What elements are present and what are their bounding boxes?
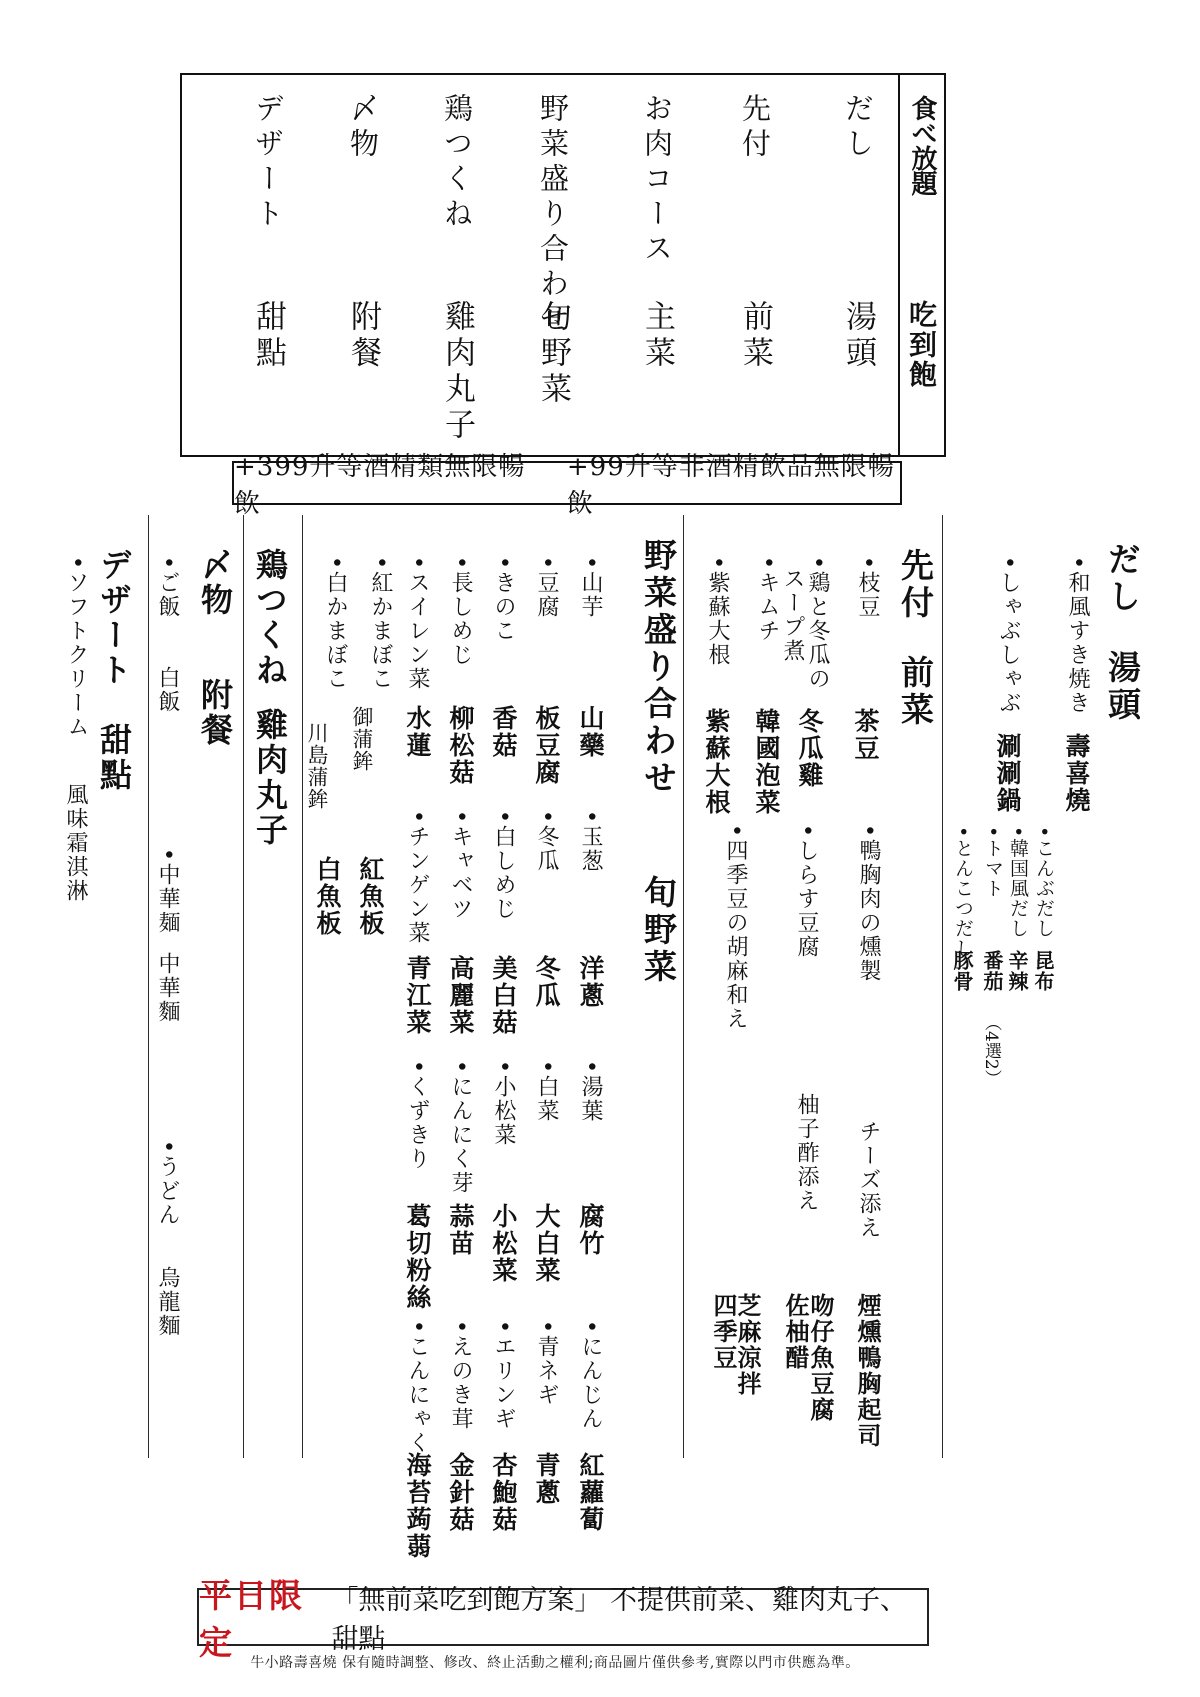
soup-option-zh: 豚骨 (952, 950, 972, 992)
soup-option-zh: 番茄 (982, 950, 1002, 992)
shime-item-zh: 中華麵 (156, 952, 178, 1024)
yasai-item-jp: •白しめじ (492, 810, 514, 921)
yasai-item-jp: •にんにく芽 (449, 1060, 471, 1195)
sakizuke-item-jp: •紫蘇大根 (706, 556, 728, 667)
yasai-item-jp: •白菜 (535, 1060, 557, 1123)
yasai-item-jp: •冬瓜 (535, 810, 557, 873)
overview-col-zh: 雞肉丸子 (441, 300, 472, 444)
drink-banner-alcohol: +399升等酒精類無限暢飲 (234, 446, 533, 520)
overview-col-jp: だし (843, 93, 872, 163)
weekday-notice-highlight: 平日限定 (199, 1570, 331, 1664)
drink-banner: +399升等酒精類無限暢飲 +99升等非酒精飲品無限暢飲 (232, 461, 902, 505)
course-overview-box: 食べ放題 吃到飽 だし 湯頭 先付 前菜 お肉コース 主菜 野菜盛り合わせ 旬野… (180, 73, 946, 457)
dessert-item-jp: •ソフトクリーム (65, 556, 87, 739)
soup-option-zh: 辛辣 (1007, 950, 1027, 992)
overview-col-zh: 湯頭 (842, 300, 873, 372)
weekday-notice-box: 平日限定 「無前菜吃到飽方案」 不提供前菜、雞肉丸子、甜點 (197, 1588, 929, 1646)
section-header-dashi-zh: 湯頭 (1106, 650, 1139, 724)
yasai-item-zh: 冬瓜 (534, 955, 559, 1009)
yasai-item-zh: 山藥 (578, 705, 603, 759)
yasai-item-zh: 板豆腐 (534, 705, 559, 786)
kamaboko-brand: 川島蒲鉾 (306, 722, 327, 810)
section-divider (302, 515, 303, 1458)
yasai-item-zh: 大白菜 (534, 1203, 559, 1284)
section-divider (148, 515, 149, 1458)
overview-col-zh: 附餐 (347, 300, 378, 372)
yasai-item-zh: 蒜苗 (448, 1203, 473, 1257)
sakizuke-item-zh: 冬瓜雞 (797, 708, 822, 789)
section-header-shime-jp: 〆物 (199, 548, 231, 618)
kamaboko-item-zh: 紅魚板 (358, 856, 383, 937)
yasai-item-jp: •くずきり (406, 1060, 428, 1171)
soup-option-zh: 昆布 (1033, 950, 1053, 992)
overview-col-jp: 鶏つくね (442, 93, 471, 233)
section-divider (243, 515, 244, 1458)
yasai-item-jp: •豆腐 (535, 556, 557, 619)
sakizuke-item-zh: 紫蘇大根 (704, 708, 729, 816)
footer-disclaimer: 牛小路壽喜燒 保有隨時調整、修改、終止活動之權利;商品圖片僅供參考,實際以門市供… (0, 1652, 1110, 1672)
section-header-sakizuke-jp: 先付 (899, 548, 932, 622)
featured-course-jp: 食べ放題 (909, 95, 935, 195)
section-header-dessert-zh: 甜點 (98, 723, 130, 793)
section-header-dessert-jp: デザート (98, 548, 130, 688)
yasai-item-zh: 腐竹 (578, 1203, 603, 1257)
sakizuke-item-zh2: 佐柚醋 (783, 1293, 807, 1371)
section-header-dashi-jp: だし (1106, 542, 1139, 616)
sakizuke-item-zh: 吻仔魚豆腐 (808, 1293, 832, 1423)
overview-col-zh: 旬野菜 (537, 300, 568, 408)
dashi-item-jp: •しゃぶしゃぶ (997, 556, 1019, 715)
sakizuke-item-zh: 煙燻鴨胸起司 (855, 1293, 879, 1449)
section-header-sakizuke-zh: 前菜 (899, 655, 932, 729)
yasai-item-jp: •湯葉 (579, 1060, 601, 1123)
yasai-item-zh: 高麗菜 (448, 955, 473, 1036)
yasai-item-zh: 杏鮑菇 (491, 1452, 516, 1533)
yasai-item-jp: •スイレン菜 (406, 556, 428, 691)
dessert-item-zh: 風味霜淇淋 (64, 783, 86, 903)
yasai-item-zh: 青蔥 (534, 1452, 559, 1506)
yasai-item-zh: 美白菇 (491, 955, 516, 1036)
featured-course-zh: 吃到飽 (907, 300, 935, 390)
shime-item-jp: •中華麺 (156, 848, 178, 935)
yasai-item-jp: •キャベツ (449, 810, 471, 921)
weekday-notice-body: 「無前菜吃到飽方案」 不提供前菜、雞肉丸子、甜點 (331, 1578, 927, 1656)
overview-col-jp: 〆物 (348, 93, 377, 163)
overview-col-jp: デザート (253, 93, 282, 233)
yasai-item-jp: •青ネギ (535, 1320, 557, 1407)
sakizuke-item-jp2: スープ煮 (781, 567, 803, 663)
yasai-item-zh: 海苔蒟蒻 (405, 1452, 430, 1560)
section-header-yasai-zh: 旬野菜 (642, 875, 675, 986)
yasai-item-jp: •長しめじ (449, 556, 471, 667)
sakizuke-item-jp: •鴨胸肉の燻製 (857, 824, 879, 983)
yasai-item-jp: •きのこ (492, 556, 514, 643)
kamaboko-brand: 御蒲鉾 (351, 706, 372, 772)
yasai-item-zh: 青江菜 (405, 955, 430, 1036)
kamaboko-item-jp: •紅かまぼこ (369, 556, 391, 691)
yasai-item-jp: •こんにゃく (406, 1320, 428, 1455)
yasai-item-zh: 柳松菇 (448, 705, 473, 786)
kamaboko-item-zh: 白魚板 (315, 856, 340, 937)
yasai-item-jp: •玉葱 (579, 810, 601, 873)
dashi-item-jp: •和風すき焼き (1066, 556, 1088, 715)
yasai-item-zh: 香菇 (491, 705, 516, 759)
overview-col-zh: 主菜 (641, 300, 672, 372)
shime-item-jp: •うどん (156, 1140, 178, 1227)
yasai-item-zh: 水蓮 (405, 705, 430, 759)
section-header-yasai-jp: 野菜盛り合わせ (642, 538, 675, 797)
shime-item-zh: 白飯 (156, 666, 178, 714)
soup-option-jp: •トマト (983, 826, 1002, 898)
overview-col-jp: 先付 (740, 93, 769, 163)
shime-item-jp: •ご飯 (156, 556, 178, 619)
yasai-item-zh: 洋蔥 (578, 955, 603, 1009)
yasai-item-zh: 金針菇 (448, 1452, 473, 1533)
sakizuke-item-jp2: チーズ添え (857, 1120, 879, 1240)
yasai-item-jp: •エリンギ (492, 1320, 514, 1431)
section-header-tsukune-jp: 鶏つくね (254, 548, 286, 688)
kamaboko-item-jp: •白かまぼこ (324, 556, 346, 691)
yasai-item-jp: •にんじん (579, 1320, 601, 1431)
yasai-item-jp: •えのき茸 (449, 1320, 471, 1431)
yasai-item-jp: •小松菜 (492, 1060, 514, 1147)
sakizuke-item-jp: •鶏と冬瓜の (806, 556, 828, 691)
soup-option-jp: •こんぶだし (1034, 826, 1053, 938)
menu-page: 食べ放題 吃到飽 だし 湯頭 先付 前菜 お肉コース 主菜 野菜盛り合わせ 旬野… (0, 0, 1200, 1697)
sakizuke-item-jp: •枝豆 (856, 556, 878, 619)
sakizuke-item-zh2: 四季豆 (711, 1293, 735, 1371)
soup-options-note: （4選2） (982, 1014, 999, 1087)
soup-option-jp: •韓国風だし (1008, 826, 1027, 938)
sakizuke-item-zh: 芝麻涼拌 (735, 1293, 759, 1397)
section-divider (942, 515, 943, 1458)
sakizuke-item-jp2: 柚子酢添え (795, 1093, 817, 1213)
yasai-item-zh: 葛切粉絲 (405, 1203, 430, 1311)
section-header-shime-zh: 附餐 (199, 678, 231, 748)
sakizuke-item-zh: 茶豆 (853, 708, 878, 762)
yasai-item-zh: 紅蘿蔔 (578, 1452, 603, 1533)
dashi-item-zh: 涮涮鍋 (995, 733, 1020, 814)
shime-item-zh: 烏龍麵 (156, 1266, 178, 1338)
overview-col-jp: お肉コース (642, 93, 671, 268)
overview-col-zh: 前菜 (739, 300, 770, 372)
drink-banner-soft: +99升等非酒精飲品無限暢飲 (567, 446, 900, 520)
overview-divider (898, 75, 900, 455)
section-header-tsukune-zh: 雞肉丸子 (254, 708, 286, 848)
sakizuke-item-zh: 韓國泡菜 (754, 708, 779, 816)
sakizuke-item-jp: •キムチ (756, 556, 778, 643)
sakizuke-item-jp: •しらす豆腐 (795, 824, 817, 959)
section-divider (683, 515, 684, 1458)
dashi-item-zh: 壽喜燒 (1064, 733, 1089, 814)
sakizuke-item-jp: •四季豆の胡麻和え (724, 824, 746, 1031)
yasai-item-jp: •チンゲン菜 (406, 810, 428, 945)
soup-option-jp: •とんこつだし (953, 826, 972, 958)
yasai-item-zh: 小松菜 (491, 1203, 516, 1284)
overview-col-zh: 甜點 (252, 300, 283, 372)
yasai-item-jp: •山芋 (579, 556, 601, 619)
